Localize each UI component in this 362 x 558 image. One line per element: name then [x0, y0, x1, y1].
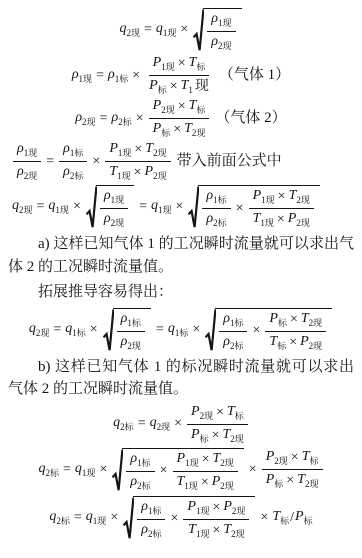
variable-subscript: 标	[196, 62, 205, 72]
math-variable: P2现	[288, 212, 310, 228]
variable-base: q	[156, 21, 163, 36]
variable-subscript: 标	[161, 128, 170, 138]
math-variable: T标	[227, 405, 244, 421]
math-variable: ρ1标	[108, 68, 128, 84]
fraction-denominator: P标×T1现	[145, 76, 213, 95]
math-variable: ρ1标	[121, 312, 141, 328]
variable-subscript: 2现	[157, 422, 171, 432]
math-variable: T1现	[177, 475, 198, 491]
math-operator: =	[100, 112, 108, 126]
math-operator: ×	[170, 80, 178, 94]
math-variable: q2现	[12, 199, 33, 215]
fraction-denominator: P标×T2现	[187, 425, 248, 444]
math-operator: ×	[110, 511, 118, 525]
variable-subscript: 2现	[220, 481, 234, 491]
math-variable: ρ2现	[211, 35, 231, 51]
math-variable: P标	[266, 473, 284, 489]
math-variable: P2现	[223, 500, 245, 516]
equation-q2-standard-expanded: q2标=q1现×ρ1标ρ2标×P1现×T2现T1现×P2现×P2现×T标P标×T…	[8, 448, 354, 492]
variable-subscript: 1现	[196, 506, 210, 516]
math-variable: ρ2标	[63, 165, 83, 181]
fraction: ρ1标ρ2标	[126, 452, 154, 491]
variable-base: ρ	[108, 67, 115, 82]
math-variable: P标	[153, 122, 171, 138]
variable-base: ρ	[223, 334, 230, 349]
math-operator: ×	[277, 213, 285, 227]
variable-base: P	[266, 449, 275, 464]
fraction-numerator: ρ1标	[59, 142, 87, 162]
variable-base: P	[269, 311, 278, 326]
variable-subscript: 1标	[230, 318, 244, 328]
variable-subscript: 标	[196, 105, 205, 115]
math-operator: ×	[136, 112, 144, 126]
math-variable: T2现	[223, 428, 244, 444]
math-variable: q2标	[49, 510, 70, 526]
math-operator: ×	[286, 474, 294, 488]
variable-subscript: 2标	[148, 529, 162, 539]
math-operator: =	[144, 23, 152, 37]
variable-base: ρ	[63, 141, 70, 156]
variable-subscript: 2现	[296, 218, 310, 228]
equation-density-ratio-substitution: ρ1现ρ2现=ρ1标ρ2标×P1现×T2现T1现×P2现带入前面公式中	[8, 142, 354, 181]
math-variable: q2现	[150, 416, 171, 432]
math-variable: P标	[269, 312, 287, 328]
fraction: ρ1标ρ2标	[59, 142, 87, 181]
fraction-numerator: P2现×T标	[262, 450, 323, 470]
fraction-denominator: P标×T2现	[262, 470, 323, 489]
math-variable: T标	[189, 56, 206, 72]
math-variable: q1现	[75, 462, 96, 478]
math-variable: ρ1现	[17, 142, 37, 158]
variable-base: T	[184, 121, 192, 136]
fraction: P1现×P2现T1现×T2现	[183, 500, 249, 539]
math-variable: ρ2标	[130, 475, 150, 491]
math-variable: P1现	[109, 142, 131, 158]
math-variable: T1现	[188, 523, 209, 539]
math-operator: =	[96, 69, 104, 83]
radicand: ρ1现ρ2现	[96, 185, 134, 229]
fraction: P标×T2现T标×P2现	[265, 312, 326, 351]
math-variable: T2现	[297, 473, 318, 489]
math-operator: =	[63, 463, 71, 477]
fraction: ρ1标ρ2现	[117, 312, 145, 351]
variable-subscript: 标	[278, 318, 287, 328]
square-root: ρ1标ρ2标×P标×T2现T标×P2现	[205, 308, 332, 352]
math-variable: q1现	[151, 199, 172, 215]
square-root: ρ1标ρ2标×P1现×T2现T1现×P2现	[188, 185, 319, 229]
variable-subscript: 2现	[220, 458, 234, 468]
fraction-denominator: T1现×P2现	[173, 472, 238, 491]
square-root: ρ1现ρ2现	[193, 8, 241, 52]
variable-subscript: 1现	[93, 516, 107, 526]
fraction-numerator: P1现×T2现	[173, 452, 238, 472]
variable-subscript: 1现	[158, 205, 172, 215]
variable-base: ρ	[63, 164, 70, 179]
math-variable: q1现	[86, 510, 107, 526]
math-annotation: （气体 1）	[219, 68, 290, 83]
fraction-denominator: P标×T2现	[149, 119, 210, 138]
math-operator: ×	[278, 190, 286, 204]
variable-base: q	[151, 198, 158, 213]
equation-q2-operating-from-q1-operating: q2现=q1现×ρ1现ρ2现	[8, 8, 354, 52]
math-operator: =	[37, 200, 45, 214]
math-variable: P2现	[266, 450, 288, 466]
math-operator: ×	[178, 57, 186, 71]
variable-base: P	[223, 499, 232, 514]
math-variable: P标	[295, 510, 313, 526]
fraction: ρ1标ρ2标	[137, 500, 165, 539]
document-page: q2现=q1现×ρ1现ρ2现 ρ1现=ρ1标×P1现×T标P标×T1现（气体 1…	[0, 0, 362, 558]
fraction: P1现×T2现T1现×P2现	[105, 142, 170, 181]
math-operator: ×	[236, 202, 244, 216]
math-operator: ×	[160, 464, 168, 478]
math-variable: T1现	[253, 212, 274, 228]
fraction-denominator: ρ2现	[100, 209, 128, 228]
math-operator: =	[53, 323, 61, 337]
variable-subscript: 标	[235, 411, 244, 421]
math-variable: T2现	[184, 122, 205, 138]
variable-base: P	[300, 334, 309, 349]
math-operator: ×	[134, 143, 142, 157]
fraction-numerator: ρ1现	[100, 189, 128, 209]
variable-subscript: 2标	[70, 171, 84, 181]
math-operator: ×	[252, 324, 260, 338]
variable-base: ρ	[72, 67, 79, 82]
variable-subscript: 1标	[127, 318, 141, 328]
math-variable: ρ2现	[75, 111, 95, 127]
math-operator: =	[139, 200, 147, 214]
math-variable: q2现	[29, 322, 50, 338]
variable-base: ρ	[17, 141, 24, 156]
variable-base: P	[187, 499, 196, 514]
variable-subscript: 2现	[111, 218, 125, 228]
variable-subscript: 1标	[175, 328, 189, 338]
math-variable: q1标	[65, 322, 86, 338]
variable-subscript: 1现	[261, 195, 275, 205]
variable-subscript: 1现	[260, 218, 274, 228]
variable-subscript: 1现	[24, 148, 38, 158]
math-operator: ×	[291, 451, 299, 465]
math-variable: ρ1标	[130, 452, 150, 468]
variable-base: q	[39, 461, 46, 476]
variable-base: P	[145, 164, 154, 179]
math-operator: ×	[212, 429, 220, 443]
variable-subscript: 2现	[19, 205, 33, 215]
fraction-numerator: ρ1标	[137, 500, 165, 520]
math-operator: ×	[201, 476, 209, 490]
math-variable: T1	[181, 79, 193, 95]
radicand: ρ1标ρ2标×P标×T2现T标×P2现	[215, 308, 332, 352]
paragraph-note-b: b) 这样已知气体 1 的标况瞬时流量就可以求出气体 2 的工况瞬时流量值。	[8, 356, 354, 401]
math-variable: P1现	[153, 56, 175, 72]
variable-subscript: 2现	[305, 479, 319, 489]
variable-subscript: 标	[158, 85, 167, 95]
math-variable: P2现	[191, 405, 213, 421]
radicand: ρ1标ρ2现	[113, 308, 151, 352]
variable-subscript: 1现	[161, 62, 175, 72]
variable-base: ρ	[141, 522, 148, 537]
math-variable: T1现	[109, 165, 130, 181]
math-variable: ρ2标	[111, 111, 131, 127]
math-operator: ×	[73, 200, 81, 214]
variable-base: ρ	[104, 188, 111, 203]
variable-subscript: 标	[277, 341, 286, 351]
variable-base: q	[86, 509, 93, 524]
variable-subscript: 2现	[232, 506, 246, 516]
variable-subscript: 2现	[153, 171, 167, 181]
paragraph-note-a: a) 这样已知气体 1 的工况瞬时流量就可以求出气体 2 的工况瞬时流量值。	[8, 233, 354, 278]
math-variable: T2现	[145, 142, 166, 158]
variable-subscript: 2现	[192, 128, 206, 138]
variable-base: P	[177, 451, 186, 466]
fraction: P2现×T标P标×T2现	[149, 99, 210, 138]
math-operator: ×	[202, 453, 210, 467]
fraction: ρ1标ρ2标	[202, 189, 230, 228]
math-operator: ×	[260, 511, 268, 525]
math-variable: ρ1现	[104, 189, 124, 205]
fraction-numerator: ρ1标	[219, 312, 247, 332]
variable-subscript: 1现	[163, 28, 177, 38]
variable-base: ρ	[223, 311, 230, 326]
math-operator: ×	[290, 313, 298, 327]
variable-base: T	[297, 472, 305, 487]
math-variable: ρ1标	[63, 142, 83, 158]
fraction-numerator: ρ1标	[117, 312, 145, 332]
variable-base: q	[12, 198, 19, 213]
variable-base: T	[227, 404, 235, 419]
math-variable: T标	[269, 335, 286, 351]
equation-density-gas2: ρ2现=ρ2标×P2现×T标P标×T2现（气体 2）	[8, 99, 354, 138]
math-variable: ρ1现	[211, 12, 231, 28]
variable-subscript: 2现	[309, 341, 323, 351]
equation-q2-standard-simplified: q2标=q1现×ρ1标ρ2标×P1现×P2现T1现×T2现×T标/P标	[8, 496, 354, 540]
variable-subscript: 标	[200, 434, 209, 444]
variable-subscript: 2现	[36, 328, 50, 338]
math-operator: ×	[132, 69, 140, 83]
variable-base: P	[295, 509, 304, 524]
math-operator: ×	[178, 100, 186, 114]
math-operator: ×	[249, 463, 257, 477]
variable-subscript: 1标	[72, 328, 86, 338]
variable-subscript: 2标	[118, 117, 132, 127]
math-operator: ×	[289, 336, 297, 350]
variable-subscript: 2现	[126, 28, 140, 38]
variable-subscript: 2现	[218, 41, 232, 51]
fraction-denominator: ρ2现	[207, 32, 235, 51]
variable-subscript: 2现	[24, 171, 38, 181]
square-root: ρ1标ρ2标×P1现×P2现T1现×T2现	[123, 496, 255, 540]
fraction-numerator: P1现×T标	[149, 56, 210, 76]
variable-subscript: 1现	[185, 458, 199, 468]
radicand: ρ1标ρ2标×P1现×P2现T1现×T2现	[133, 496, 255, 540]
variable-subscript: 2现	[231, 529, 245, 539]
variable-base: q	[75, 461, 82, 476]
variable-subscript: 2标	[56, 516, 70, 526]
variable-subscript: 1标	[213, 195, 227, 205]
fraction-numerator: P1现×T2现	[249, 189, 314, 209]
variable-base: T	[272, 509, 280, 524]
radicand: ρ1标ρ2标×P1现×T2现T1现×P2现	[198, 185, 319, 229]
math-variable: P标	[149, 79, 167, 95]
variable-subscript: 2现	[274, 456, 288, 466]
math-variable: P1现	[253, 189, 275, 205]
variable-subscript: 1标	[70, 148, 84, 158]
variable-subscript: 2标	[213, 218, 227, 228]
math-variable: T2现	[223, 523, 244, 539]
fraction-denominator: T1现×T2现	[184, 520, 249, 539]
fraction: P1现×T标P标×T1现	[145, 56, 213, 95]
math-annotation: （气体 2）	[215, 111, 286, 126]
fraction-numerator: ρ1标	[202, 189, 230, 209]
math-variable: ρ2标	[141, 523, 161, 539]
variable-base: T	[301, 311, 309, 326]
square-root: ρ1现ρ2现	[86, 185, 134, 229]
variable-subscript: 2现	[200, 411, 214, 421]
variable-subscript: 1现	[118, 148, 132, 158]
fraction: ρ1现ρ2现	[100, 189, 128, 228]
fraction: ρ1标ρ2标	[219, 312, 247, 351]
equation-q2-standard-from-q2-operating: q2标=q2现×P2现×T标P标×T2现	[8, 405, 354, 444]
math-variable: ρ1标	[206, 189, 226, 205]
math-operator: ×	[212, 524, 220, 538]
variable-base: P	[266, 472, 275, 487]
math-operator: ×	[174, 417, 182, 431]
math-operator: ×	[180, 23, 188, 37]
fraction-numerator: P2现×T标	[187, 405, 248, 425]
math-plain-text: 现	[195, 80, 209, 94]
variable-subscript: 标	[280, 516, 289, 526]
variable-subscript: 1	[188, 85, 193, 95]
math-operator: ×	[212, 501, 220, 515]
math-variable: T2现	[301, 312, 322, 328]
fraction-denominator: ρ2标	[137, 520, 165, 539]
math-operator: =	[74, 511, 82, 525]
variable-base: P	[191, 427, 200, 442]
fraction-numerator: ρ1现	[13, 142, 41, 162]
fraction-denominator: T1现×P2现	[105, 162, 170, 181]
math-variable: q2现	[119, 22, 140, 38]
variable-subscript: 2标	[46, 468, 60, 478]
math-annotation: 带入前面公式中	[177, 154, 282, 169]
variable-subscript: 1现	[79, 74, 93, 84]
variable-subscript: 2现	[296, 195, 310, 205]
variable-base: q	[168, 321, 175, 336]
math-operator: =	[156, 323, 164, 337]
variable-subscript: 2现	[127, 341, 141, 351]
math-variable: T标	[302, 450, 319, 466]
variable-subscript: 标	[309, 456, 318, 466]
variable-subscript: 1现	[55, 205, 69, 215]
variable-subscript: 标	[304, 516, 313, 526]
math-operator: ×	[216, 406, 224, 420]
variable-subscript: 1现	[218, 18, 232, 28]
math-variable: P2现	[145, 165, 167, 181]
fraction-numerator: P1现×P2现	[183, 500, 249, 520]
math-variable: q2标	[39, 462, 60, 478]
variable-subscript: 1现	[111, 195, 125, 205]
math-variable: ρ2现	[121, 335, 141, 351]
variable-subscript: 标	[274, 479, 283, 489]
variable-subscript: 1标	[115, 74, 129, 84]
variable-subscript: 2现	[153, 148, 167, 158]
math-variable: ρ1标	[223, 312, 243, 328]
math-variable: ρ2现	[104, 212, 124, 228]
math-variable: T2现	[212, 452, 233, 468]
variable-subscript: 1现	[196, 529, 210, 539]
fraction-numerator: P1现×T2现	[105, 142, 170, 162]
equation-density-gas1: ρ1现=ρ1标×P1现×T标P标×T1现（气体 1）	[8, 56, 354, 95]
square-root: ρ1标ρ2标×P1现×T2现T1现×P2现	[112, 448, 243, 492]
fraction: P2现×T标P标×T2现	[262, 450, 323, 489]
fraction-numerator: ρ1现	[207, 12, 235, 32]
fraction-denominator: ρ2标	[219, 332, 247, 351]
math-variable: q1现	[156, 22, 177, 38]
math-variable: P2现	[300, 335, 322, 351]
fraction-denominator: ρ2现	[117, 332, 145, 351]
fraction: P2现×T标P标×T2现	[187, 405, 248, 444]
math-operator: ×	[170, 512, 178, 526]
math-operator: ×	[192, 323, 200, 337]
variable-subscript: 1现	[82, 468, 96, 478]
radicand: ρ1现ρ2现	[203, 8, 241, 52]
math-operator: ×	[92, 155, 100, 169]
variable-base: q	[29, 321, 36, 336]
radicand: ρ1标ρ2标×P1现×T2现T1现×P2现	[122, 448, 243, 492]
variable-base: q	[150, 415, 157, 430]
math-variable: ρ2现	[17, 165, 37, 181]
variable-base: ρ	[104, 211, 111, 226]
square-root: ρ1标ρ2现	[103, 308, 151, 352]
math-variable: ρ1现	[72, 68, 92, 84]
variable-base: P	[153, 55, 162, 70]
math-variable: P1现	[177, 452, 199, 468]
variable-base: P	[149, 78, 158, 93]
variable-base: P	[191, 404, 200, 419]
math-operator: ×	[173, 123, 181, 137]
math-variable: T2现	[289, 189, 310, 205]
math-operator: =	[138, 417, 146, 431]
fraction-numerator: P标×T2现	[265, 312, 326, 332]
fraction: P1现×T2现T1现×P2现	[173, 452, 238, 491]
fraction-denominator: ρ2标	[59, 162, 87, 181]
variable-base: P	[253, 188, 262, 203]
fraction-numerator: ρ1标	[126, 452, 154, 472]
fraction-denominator: T标×P2现	[265, 332, 326, 351]
variable-base: P	[153, 121, 162, 136]
fraction: ρ1现ρ2现	[13, 142, 41, 181]
variable-subscript: 2标	[137, 481, 151, 491]
math-operator: ×	[134, 166, 142, 180]
variable-subscript: 2现	[230, 434, 244, 444]
math-operator: =	[46, 155, 54, 169]
fraction-denominator: ρ2现	[13, 162, 41, 181]
variable-base: ρ	[17, 164, 24, 179]
variable-subscript: 1标	[148, 506, 162, 516]
math-operator: /	[290, 511, 294, 525]
variable-base: T	[188, 522, 196, 537]
math-variable: q1标	[168, 322, 189, 338]
variable-base: P	[212, 474, 221, 489]
math-variable: q1现	[48, 199, 69, 215]
fraction-denominator: T1现×P2现	[249, 209, 314, 228]
fraction-denominator: ρ2标	[126, 472, 154, 491]
fraction: ρ1现ρ2现	[207, 12, 235, 51]
variable-subscript: 2现	[161, 105, 175, 115]
variable-subscript: 1现	[117, 171, 131, 181]
fraction-numerator: P2现×T标	[149, 99, 210, 119]
variable-base: ρ	[141, 499, 148, 514]
math-operator: ×	[99, 463, 107, 477]
